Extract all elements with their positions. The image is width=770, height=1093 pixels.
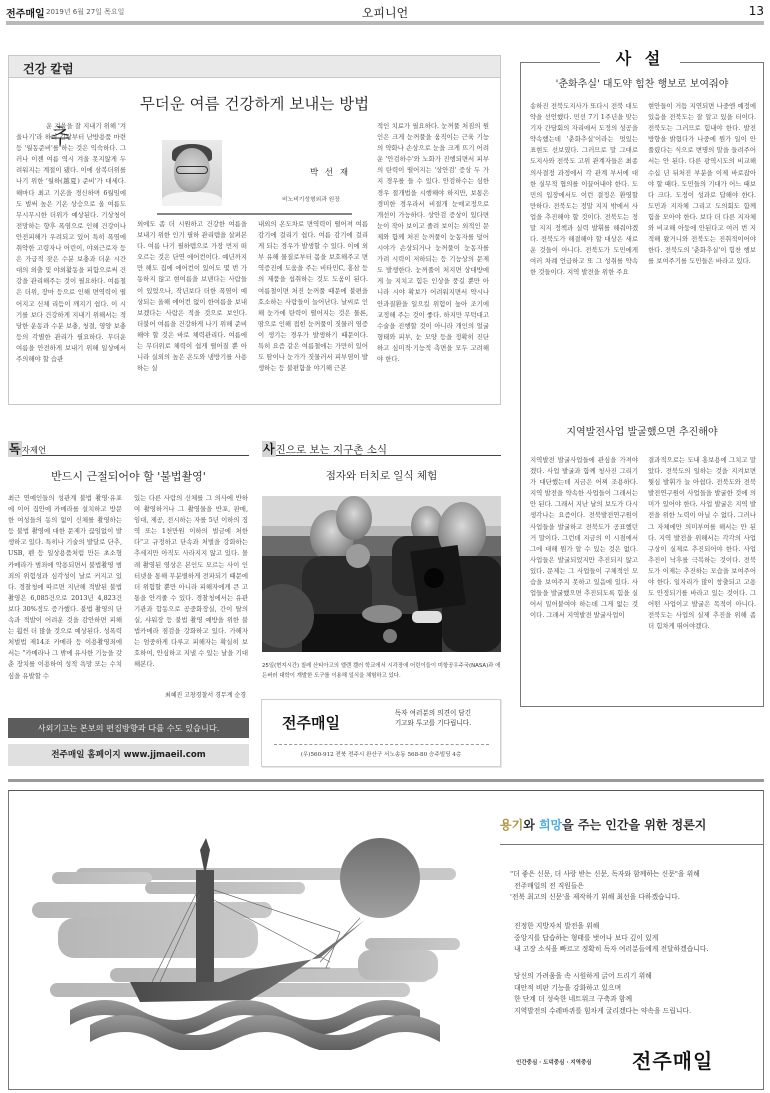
submission-box: 전주매일 독자 여러분의 의견이 담긴 기고와 투고를 기다립니다. (우)56…: [261, 699, 501, 767]
reader-column-label: 자제언: [22, 446, 47, 456]
ad-paragraph-3: 당신의 가려움을 속 시원하게 긁어 드리기 위해 대안적 비판 기능을 강화하…: [510, 971, 760, 1017]
submission-address: (우)560-912 전북 전주시 완산구 서노송동 568-80 승주빌딩 4…: [262, 750, 500, 758]
ad-headline-rule: [500, 844, 764, 845]
ad-headline: 용기와 희망을 주는 인간을 위한 정론지: [500, 816, 706, 833]
photo-news-cap: 사: [262, 441, 276, 457]
submission-logo: 전주매일: [282, 712, 340, 733]
photo-news-caption: 25일(현지시간) 칠레 산티아고의 엘렌 켈러 학교에서 시각장애 어린이들이…: [262, 661, 501, 681]
author-role: 비노비기성형외과 원장: [282, 194, 340, 203]
health-column-label: 건강 칼럼: [23, 60, 74, 77]
page-number: 13: [749, 4, 764, 18]
section-title: 오피니언: [6, 4, 764, 21]
section-divider: [8, 779, 764, 782]
pen-ship-icon: [20, 810, 460, 1050]
photo-news-header: 사진으로 보는 지구촌 소식: [262, 438, 501, 456]
editorial-1-text-1: 송하진 전북도지사가 또다시 전북 대도약을 선언했다. 민선 7기 1주년을 …: [530, 101, 638, 401]
photo-news-title: 점자와 터치로 일식 체험: [262, 468, 501, 483]
reader-column-text-1: 최근 연예인들의 성관계 불법 촬영·유포에 이어 집안에 카메라를 설치하고 …: [8, 493, 122, 683]
photo-news-label: 진으로 보는 지구촌 소식: [276, 444, 387, 456]
ship-illustration: [20, 810, 460, 1050]
health-column-text-1: 운 겨울을 잘 지내기 위해 '겨울나기'라 하여 김장부터 난방용품 마련 등…: [16, 121, 126, 386]
ad-slogan: 인간중심 · 도덕중심 · 지역중심: [516, 1058, 592, 1066]
submission-message: 독자 여러분의 의견이 담긴 기고와 투고를 기다립니다.: [374, 708, 492, 728]
health-column-text-4: 적인 치료가 필요하다. 눈꺼풀 처짐의 원인은 크게 눈꺼풀을 움직이는 근육…: [377, 121, 489, 386]
homepage-link[interactable]: 전주매일 홈페이지 www.jjmaeil.com: [8, 744, 249, 766]
editorial-label-wrap: 사 설: [600, 46, 680, 68]
editorial-1-text-2: 현안들이 거듭 지연되면 나중엔 예정에 있음을 전북도는 잘 알고 있을 터이…: [648, 101, 756, 401]
reader-column-signoff: 최혜진 고창경찰서 경무계 순경: [60, 690, 246, 699]
ad-logo: 전주매일: [632, 1045, 713, 1074]
author-photo: [162, 140, 222, 206]
children-eclipse-photo: [262, 496, 501, 652]
author-name: 박 선 재: [310, 166, 350, 178]
reader-column-text-2: 있는 다른 사람의 신체를 그 의사에 반하여 촬영하거나 그 촬영물을 반포,…: [134, 493, 248, 683]
header-rule: [6, 21, 764, 25]
portrait-divider: [157, 213, 352, 215]
reader-column-header: 독자제언: [8, 438, 249, 456]
health-column-title: 무더운 여름 건강하게 보내는 방법: [8, 92, 501, 114]
editorial-2-text-1: 지역발전 발굴사업들에 관심을 가져야겠다. 사업 발굴과 함께 청사진 그리기…: [530, 455, 638, 700]
disclaimer-banner: 사외기고는 본보의 편집방향과 다를 수도 있습니다.: [8, 718, 249, 738]
editorial-label: 사 설: [616, 49, 664, 68]
health-column-label-bar: 건강 칼럼: [8, 55, 501, 78]
photo-news-image: [262, 496, 501, 652]
reader-column-title: 반드시 근절되어야 할 '불법촬영': [8, 468, 249, 484]
editorial-title-2: 지역발전사업 발굴했으면 추진해야: [520, 423, 764, 438]
health-column-text-3: 내외의 온도차로 면역력이 떨어져 여름 감기에 걸리기 쉽다. 여름 감기에 …: [258, 219, 368, 386]
health-column-text-2: 외에도 좀 더 시원하고 건강한 여름을 보내기 위한 인기 필하 관리템을 살…: [137, 219, 247, 386]
editorial-title-1: '춘화추실' 대도약 힘찬 행보로 보여줘야: [520, 75, 764, 90]
dashed-divider: [274, 744, 489, 745]
editorial-2-text-2: 결과적으로는 도내 홍보용에 그치고 말았다. 전북도의 일하는 것을 지켜보면…: [648, 455, 756, 700]
reader-column-cap: 독: [8, 441, 22, 457]
ad-paragraph-1: "더 좋은 신문, 더 사랑 받는 신문, 독자와 함께하는 신문"을 위해 전…: [510, 869, 760, 904]
ad-paragraph-2: 진정한 지방자치 발전을 위해 중앙지를 답습하는 형태를 벗어나 보다 깊이 …: [510, 921, 760, 956]
